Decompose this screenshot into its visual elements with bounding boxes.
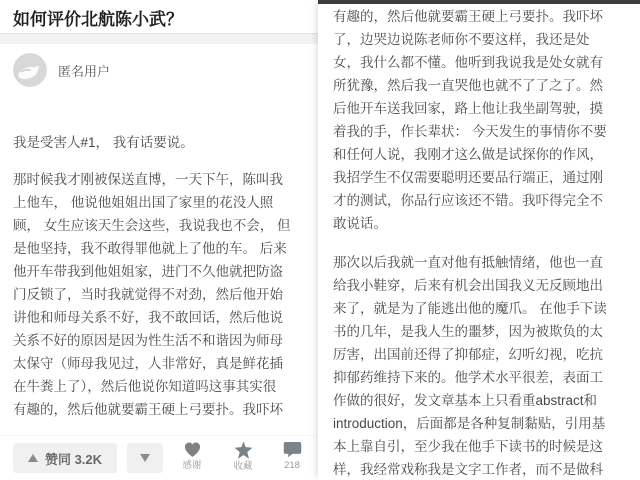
answer-body-page-1: 我是受害人#1， 我有话要说。 那时候我才刚被保送直博，一天下午，陈叫我 上他车… xyxy=(13,131,311,421)
downvote-button[interactable] xyxy=(127,443,163,473)
upvote-button[interactable]: 赞同 3.2K xyxy=(13,443,117,473)
heart-icon xyxy=(183,441,202,458)
answer-paragraph: 有趣的，然后他就要霸王硬上弓要扑。我吓坏 了，边哭边说陈老师你不要这样，我还是处… xyxy=(333,5,635,235)
comment-bubble-icon xyxy=(283,441,302,458)
author-name: 匿名用户 xyxy=(58,61,110,80)
answer-paragraph: 我是受害人#1， 我有话要说。 xyxy=(13,131,311,154)
favorite-label: 收藏 xyxy=(223,461,263,472)
author-row[interactable]: 匿名用户 xyxy=(13,53,110,87)
anonymous-avatar-icon xyxy=(13,53,47,87)
thanks-action[interactable]: 感谢 xyxy=(172,441,212,471)
comments-action[interactable]: 218 xyxy=(272,441,312,471)
answer-paragraph: 那次以后我就一直对他有抵触情绪，他也一直 给我小鞋穿，后来有机会出国我义无反顾地… xyxy=(333,251,635,480)
upvote-arrow-icon xyxy=(28,454,38,462)
action-bar: 赞同 3.2K 感谢 收藏 218 xyxy=(0,435,318,480)
favorite-action[interactable]: 收藏 xyxy=(223,441,263,472)
answer-body-page-2: 有趣的，然后他就要霸王硬上弓要扑。我吓坏 了，边哭边说陈老师你不要这样，我还是处… xyxy=(333,5,635,480)
downvote-arrow-icon xyxy=(140,454,150,462)
star-icon xyxy=(234,441,253,459)
answer-paragraph: 那时候我才刚被保送直博，一天下午，陈叫我 上他车， 他说他姐姐出国了家里的花没人… xyxy=(13,168,311,421)
comments-count: 218 xyxy=(272,460,312,471)
question-title: 如何评价北航陈小武？ xyxy=(13,5,313,30)
answer-page-2: 有趣的，然后他就要霸王硬上弓要扑。我吓坏 了，边哭边说陈老师你不要这样，我还是处… xyxy=(318,0,640,480)
upvote-label: 赞同 3.2K xyxy=(45,449,102,468)
answer-page-1: 如何评价北航陈小武？ 匿名用户 我是受害人#1， 我有话要说。 那时候我才刚被保… xyxy=(0,0,318,480)
thanks-label: 感谢 xyxy=(172,460,212,471)
page-top-edge xyxy=(318,0,640,4)
section-divider xyxy=(0,33,318,44)
